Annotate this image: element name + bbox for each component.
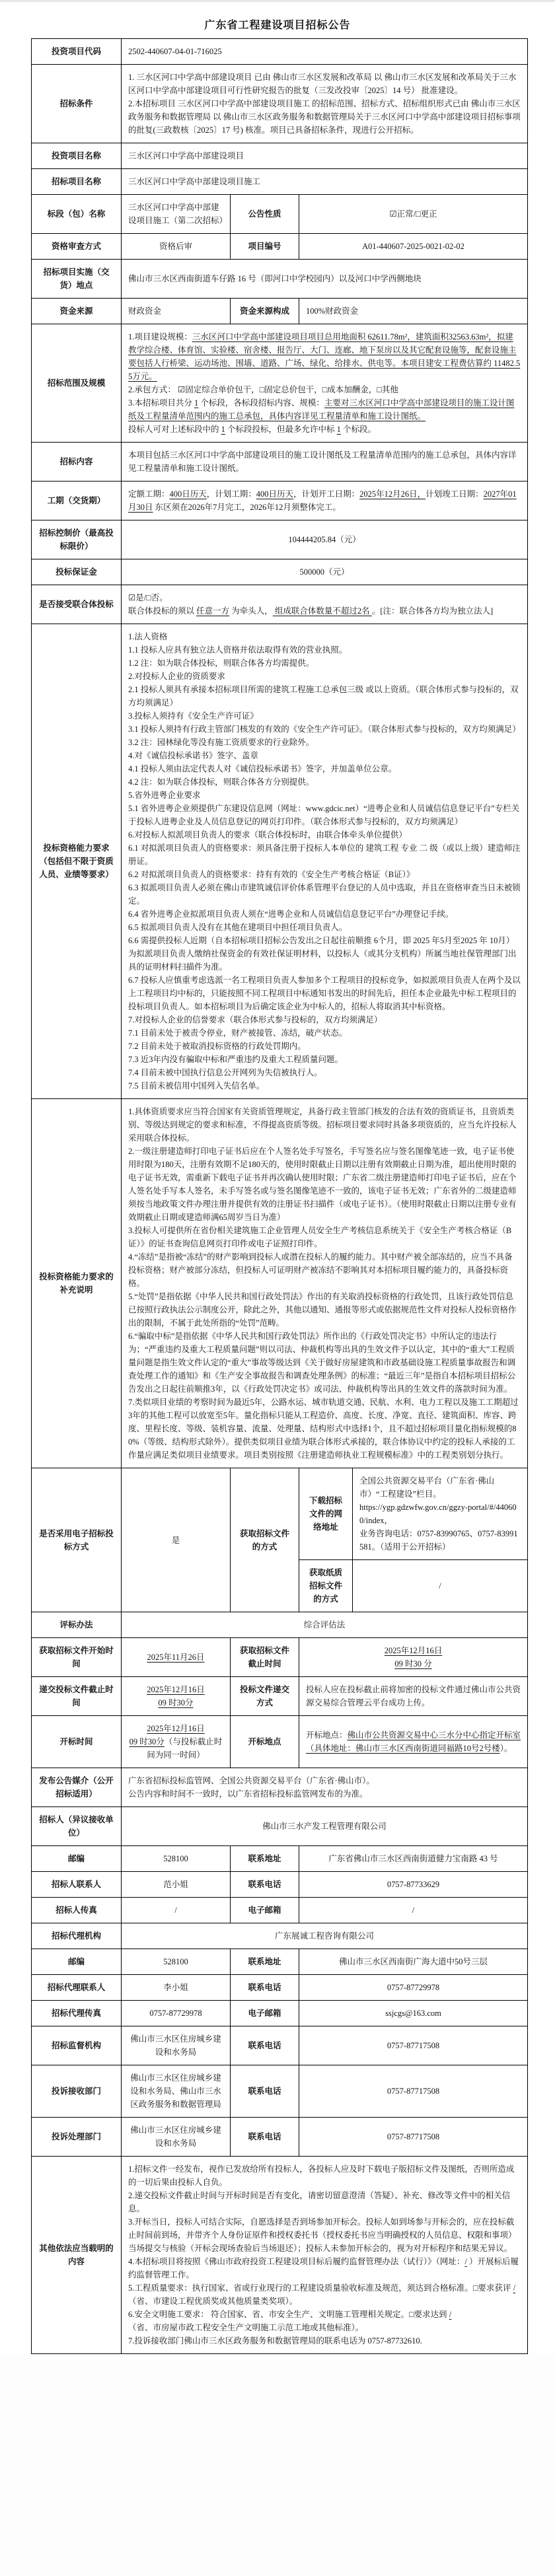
text-line: 投标保证金 (38, 565, 114, 579)
text-run: 定额工期： (128, 489, 170, 499)
text-line: 7.2 目前未处于被取消投标资格的行政处罚期内。 (128, 1040, 521, 1053)
row-construction-period: 工期（交货期）定额工期：400日历天，计划工期：400日历天，计划开工日期：20… (32, 482, 528, 520)
text-run: 招标人传真 (55, 1906, 97, 1915)
text-run: 广东展诚工程咨询有限公司 (275, 1931, 374, 1941)
text-run: 6.对投标人拟派项目负责人的要求（联合体投标时，由联合体牵头单位提供） (128, 830, 407, 840)
value-supervision-phone: 0757-87717508 (299, 2026, 528, 2065)
text-run: 下载招标文件的网络地址 (309, 1496, 342, 1532)
text-run: 邮编 (68, 1854, 85, 1863)
text-line: 7.3 近3年内没有骗取中标和严重违约及重大工程质量问题。 (128, 1053, 521, 1066)
text-line: 投资项目名称 (38, 149, 114, 162)
text-line: 是否采用电子招标投标方式 (38, 1527, 114, 1554)
text-line: ☑正常/□更正 (306, 207, 521, 221)
text-line: / (128, 1904, 223, 1917)
value-bid-bond: 500000（元） (122, 559, 528, 585)
text-line: ☑是/□否。 (128, 591, 521, 604)
value-complaint-receiving: 佛山市三水区住房城乡建设和水务局、佛山市三水区政务服务和数据管理局 (122, 2065, 231, 2118)
text-line: 三水区河口中学高中部建设项目施工 (128, 175, 521, 188)
label-tender-conditions: 招标条件 (32, 65, 122, 143)
text-line: 招标范围及规模 (38, 376, 114, 390)
label-investment-project-name: 投资项目名称 (32, 143, 122, 169)
text-run: 1.招标文件一经发布，视作已发放给所有投标人，各投标人应及时下载电子版招标文件及… (128, 2165, 514, 2187)
text-line: 6.3 拟派项目负责人必须在佛山市建筑诚信评价体系管理平台登记的人员中选取，并且… (128, 881, 521, 908)
text-line: 三水区河口中学高中部建设项目 (128, 149, 521, 162)
label-bidder-qualification-requirements: 投标资格能力要求（包括但不限于资质人员、业绩等要求） (32, 624, 122, 1099)
text-line: 广东省招标投标监管网、全国公共资源交易平台（广东省·佛山市）。 (128, 1774, 521, 1787)
text-run: 投标人可对上述标段中的 (128, 425, 221, 434)
text-run: / (174, 1906, 176, 1915)
text-line: 7.对投标人企业的信誉要求（联合体形式参与投标的，双方均须满足） (128, 1013, 521, 1026)
text-line: 3.投标人可提供所在省份相关建筑施工企业管理人员安全生产考核信息系统关于《安全生… (128, 1224, 521, 1250)
text-line: 5.省外进粤企业要求 (128, 789, 521, 802)
text-run: 0757-87717508 (387, 2132, 439, 2141)
text-run: 个标段。 (341, 425, 376, 434)
text-run: 6.3 拟派项目负责人必须在佛山市建筑诚信评价体系管理平台登记的人员中选取，并且… (128, 883, 521, 906)
value-announcement-media: 广东省招标投标监管网、全国公共资源交易平台（广东省·佛山市）。公告内容和时间不一… (122, 1768, 528, 1807)
row-tender-scope: 招标范围及规模1.项目建设规模：三水区河口中学高中部建设项目项目总用地面积 62… (32, 324, 528, 443)
label-download-url: 下载招标文件的网络地址 (299, 1468, 353, 1560)
text-line: 2.1 投标人须具有承接本招标项目所需的建筑工程施工总承包三级 或以上资质。（联… (128, 683, 521, 709)
text-run: 4.对《诚信投标承诺书》签字、盖章 (128, 751, 258, 760)
text-run: 计划竣工日期： (425, 489, 484, 499)
row-agency-fax: 招标代理传真0757-87729978电子邮箱ssjcgs@163.com (32, 2001, 528, 2026)
text-run: 2.一级注册建造师打印电子证书后应在个人签名处手写签名，手写签名应与签名图像笔迹… (128, 1147, 517, 1222)
text-line: 联系电话 (237, 1878, 292, 1891)
label-other-required-content: 其他依法应当载明的内容 (32, 2157, 122, 2354)
text-line: 7.1 目前未处于被责令停业，财产被接管、冻结，破产状态。 (128, 1026, 521, 1040)
row-qualification-review: 资格审查方式资格后审项目编号A01-440607-2025-0021-02-02 (32, 234, 528, 260)
text-line: 联系电话 (237, 1981, 292, 1994)
text-run: 3.2 注：园林绿化等没有施工资质要求的行业除外。 (128, 738, 314, 747)
text-run: / (449, 2310, 451, 2319)
text-line: 2.对投标人企业的资质要求 (128, 670, 521, 683)
text-run: 个标段投标，但最多允许中标 (225, 425, 337, 434)
text-line: 4.2 注：如为联合体投标，则联合体各方分别提供。 (128, 775, 521, 789)
value-agency-address: 佛山市三水区西南街广海大道中50号三层 (299, 1949, 528, 1975)
text-line: 项目编号 (237, 240, 292, 253)
value-investment-project-name: 三水区河口中学高中部建设项目 (122, 143, 528, 169)
text-run: 获取招标文件开始时间 (39, 1646, 114, 1668)
text-run: 400日历天 (256, 489, 293, 499)
text-run: 是否采用电子招标投标方式 (39, 1529, 114, 1552)
text-run: 3.1 投标人须持有行政主管部门核发的有效的《安全生产许可证》。（联合体形式参与… (128, 725, 521, 734)
text-run: 联系地址 (248, 1957, 281, 1966)
text-line: 下载招标文件的网络地址 (306, 1494, 346, 1534)
value-control-price: 104444205.84（元） (122, 520, 528, 559)
text-run: 电子邮箱 (248, 2009, 281, 2018)
text-line: 佛山市三水区住房城乡建设和水务局、佛山市三水区政务服务和数据管理局 (128, 2071, 223, 2111)
text-run: 是 (172, 1536, 180, 1545)
text-run: 7.4 目前未被中国执行信息公开网列为失信被执行人。 (128, 1068, 322, 1077)
text-run: 工期（交货期） (48, 496, 106, 505)
text-run: 投诉处理部门 (52, 2132, 101, 2141)
text-line: 标段（包）名称 (38, 207, 114, 221)
text-run: 7.5 目前未被信用中国列入失信名单。 (128, 1081, 264, 1091)
text-run: 投标保证金 (55, 567, 97, 577)
text-line: 6.5 拟派项目负责人没有在其他在建项目中担任项目负责人。 (128, 921, 521, 934)
text-run: 6.“骗取中标”是指依据《中华人民共和国行政处罚法》所作出的《行政处罚决定书》中… (128, 1332, 515, 1394)
text-line: 招标控制价（最高投标限价） (38, 526, 114, 553)
value-qualification-supplementary-notes: 1.具体资质要求应当符合国家有关资质管理规定，具备行政主管部门核发的合法有效的资… (122, 1099, 528, 1468)
text-line: 联系电话 (237, 2085, 292, 2098)
text-line: 广东省佛山市三水区西南街道健力宝南路 43 号 (306, 1852, 521, 1865)
text-run: （省、市建设工程优质奖或其他质量类奖项）。 (128, 2297, 297, 2306)
label-complaint-receiving-phone: 联系电话 (231, 2065, 299, 2118)
text-line: 是 (128, 1534, 223, 1547)
text-run: 联系电话 (248, 1880, 281, 1889)
text-run: 招标项目名称 (52, 177, 101, 186)
row-agency-contact: 招标代理联系人李小姐联系电话0757-87729978 (32, 1975, 528, 2001)
text-line: 公告性质 (237, 207, 292, 221)
label-agency-address: 联系地址 (231, 1949, 299, 1975)
text-run: 0757-87717508 (387, 2041, 439, 2050)
text-run: / (513, 2283, 515, 2293)
text-run: 东区须在2026年7月完工，2026年12月须整体完工。 (153, 503, 341, 512)
text-line: 0757-87717508 (306, 2130, 521, 2143)
label-tenderer-postcode: 邮编 (32, 1846, 122, 1872)
text-run: 7.1 目前未处于被责令停业，财产被接管、冻结，破产状态。 (128, 1028, 347, 1038)
label-fund-source: 资金来源 (32, 299, 122, 324)
text-run: 广东省招标投标监管网、全国公共资源交易平台（广东省·佛山市）。 (128, 1776, 375, 1785)
label-agency: 招标代理机构 (32, 1923, 122, 1949)
text-run: 投标资格能力要求的补充说明 (39, 1272, 114, 1295)
text-line: 2.本招标项目 三水区河口中学高中部建设项目施工 的招标范围、招标方式、招标组织… (128, 97, 521, 137)
text-line: 09 时30分 (128, 1696, 223, 1709)
text-line: 7.5 目前未被信用中国列入失信名单。 (128, 1079, 521, 1092)
label-submission-method: 投标文件递交方式 (231, 1677, 299, 1716)
text-run: 09 时30分 (158, 1698, 193, 1707)
text-line: 2.承包方式： ☑固定综合单价包干，□固定总价包干，□成本加酬金，□其他 (128, 383, 521, 396)
value-project-number: A01-440607-2025-0021-02-02 (299, 234, 528, 260)
text-run: 1.具体资质要求应当符合国家有关资质管理规定，具备行政主管部门核发的合法有效的资… (128, 1107, 517, 1143)
text-line: 投标人应在投标截止前将加密的投标文件通过佛山市公共资源交易综合管理云平台成功上传… (306, 1683, 521, 1709)
text-line: 佛山市三水区住房城乡建设和水务局 (128, 2032, 223, 2059)
row-evaluation-method: 评标办法综合评估法 (32, 1612, 528, 1638)
label-consortium-bidding: 是否接受联合体投标 (32, 585, 122, 624)
text-run: 3.本招标项目共分 (128, 398, 194, 408)
text-run: 资金来源构成 (240, 306, 289, 316)
text-line: 招标项目名称 (38, 175, 114, 188)
text-line: 财政资金 (128, 304, 223, 318)
row-tenderer: 招标人（异议接收单位）佛山市三水产发工程管理有限公司 (32, 1807, 528, 1846)
text-line: 招标代理传真 (38, 2007, 114, 2020)
text-run: 7.对投标人企业的信誉要求（联合体形式参与投标的，双方均须满足） (128, 1015, 382, 1024)
text-line: 李小姐 (128, 1981, 223, 1994)
label-bid-opening-place: 开标地点 (231, 1716, 299, 1768)
text-run: （省、市房屋市政工程安全生产文明施工示范工地或其他标准）。 (128, 2323, 363, 2332)
text-line: 招标监督机构 (38, 2039, 114, 2052)
text-line: 09 时30 分 (306, 1657, 521, 1670)
label-investment-code: 投资项目代码 (32, 39, 122, 65)
text-run: 2.对投标人企业的资质要求 (128, 672, 225, 681)
label-tenderer-email: 电子邮箱 (231, 1898, 299, 1923)
text-run: 递交投标文件截止时间 (39, 1685, 114, 1707)
text-line: 获取招标文件开始时间 (38, 1644, 114, 1670)
text-run: 104444205.84（元） (288, 535, 360, 544)
text-line: 工期（交货期） (38, 494, 114, 507)
text-run: 财政资金 (128, 306, 161, 316)
text-run: 招标监督机构 (52, 2041, 101, 2050)
value-bid-opening-place: 开标地点：佛山市公共资源交易中心三水分中心指定开标室（具体地址：佛山市三水区西南… (299, 1716, 528, 1768)
value-submission-method: 投标人应在投标截止前将加密的投标文件通过佛山市公共资源交易综合管理云平台成功上传… (299, 1677, 528, 1716)
text-run: 获取招标文件截止时间 (240, 1646, 289, 1668)
text-run: 联系电话 (248, 2132, 281, 2141)
row-tenderer-postcode: 邮编528100联系地址广东省佛山市三水区西南街道健力宝南路 43 号 (32, 1846, 528, 1872)
label-obtain-deadline: 获取招标文件截止时间 (231, 1638, 299, 1677)
value-tender-content: 本项目包括三水区河口中学高中部建设项目的施工设计图纸及工程量清单范围内的施工总承… (122, 443, 528, 482)
text-line: 6.“骗取中标”是指依据《中华人民共和国行政处罚法》所作出的《行政处罚决定书》中… (128, 1330, 521, 1396)
text-line: 7.4 目前未被中国执行信息公开网列为失信被执行人。 (128, 1066, 521, 1079)
text-run: 6.7 投标人应慎重考虑选派一名工程项目负责人参加多个工程项目的投标竞争，如拟派… (128, 976, 521, 1011)
text-run: 09 时30分 (129, 1737, 165, 1746)
text-run: 佛山市三水区住房城乡建设和水务局 (130, 2126, 221, 2148)
label-tenderer-phone: 联系电话 (231, 1872, 299, 1898)
text-line: 09 时30分（与投标截止时间为同一时间） (128, 1735, 223, 1762)
text-run: 6.2 对拟派项目负责人的资格要求：持有有效的《安全生产考核合格证（B证）》 (128, 870, 414, 879)
value-construction-period: 定额工期：400日历天，计划工期：400日历天，计划开工日期：2025年12月2… (122, 482, 528, 520)
text-run: 4.本招标项目将按照《佛山市政府投资工程建设项目标后履约监督管理办法（试行）》（… (128, 2257, 464, 2266)
text-line: 投诉接收部门 (38, 2085, 114, 2098)
row-qualification-supplementary-notes: 投标资格能力要求的补充说明1.具体资质要求应当符合国家有关资质管理规定，具备行政… (32, 1099, 528, 1468)
text-line: 4.“冻结”是指被“冻结”的财产影响到投标人或潜在投标人的履约能力。其中财产被全… (128, 1250, 521, 1290)
text-line: 6.7 投标人应慎重考虑选派一名工程项目负责人参加多个工程项目的投标竞争，如拟派… (128, 974, 521, 1013)
text-run: 项目编号 (248, 242, 281, 251)
value-paper-documents: / (353, 1560, 528, 1612)
text-run: 三水区河口中学高中部建设项目施工 (128, 177, 260, 186)
value-complaint-receiving-phone: 0757-87717508 (299, 2065, 528, 2118)
row-complaint-receiving: 投诉接收部门佛山市三水区住房城乡建设和水务局、佛山市三水区政务服务和数据管理局联… (32, 2065, 528, 2118)
label-section-name: 标段（包）名称 (32, 195, 122, 234)
text-run: 综合评估法 (304, 1620, 346, 1629)
text-line: 联系地址 (237, 1955, 292, 1968)
value-fund-composition: 100%财政资金 (299, 299, 528, 324)
text-run: 6.4 省外进粤企业拟派项目负责人须在“进粤企业和人员诚信信息登记平台”办理登记… (128, 910, 453, 919)
text-line: 2025年12月16日 (306, 1644, 521, 1657)
text-line: 招标代理机构 (38, 1929, 114, 1943)
text-line: 电子邮箱 (237, 2007, 292, 2020)
text-run: 1.2 注：如为联合体投标，则联合体各方均需提供。 (128, 659, 314, 668)
text-run: 4.2 注：如为联合体投标，则联合体各方分别提供。 (128, 777, 314, 787)
text-run: 招标项目实施（交货）地点 (43, 268, 109, 290)
value-fund-source: 财政资金 (122, 299, 231, 324)
text-run: 招标条件 (59, 99, 92, 108)
text-line: 邮编 (38, 1955, 114, 1968)
value-tenderer-address: 广东省佛山市三水区西南街道健力宝南路 43 号 (299, 1846, 528, 1872)
text-run: 7.3 近3年内没有骗取中标和严重违约及重大工程质量问题。 (128, 1055, 343, 1064)
text-line: 1. 三水区河口中学高中部建设项目 已由 佛山市三水区发展和改革局 以 佛山市三… (128, 71, 521, 97)
text-line: 开标地点 (237, 1735, 292, 1748)
text-run: 0757-87733629 (387, 1880, 439, 1889)
text-run: 7.类似项目业绩的考察时间为最近5年，公路水运、城市轨道交通、民航、水利、电力工… (128, 1398, 519, 1460)
row-agency: 招标代理机构广东展诚工程咨询有限公司 (32, 1923, 528, 1949)
label-tender-project-name: 招标项目名称 (32, 169, 122, 195)
value-tender-project-name: 三水区河口中学高中部建设项目施工 (122, 169, 528, 195)
label-obtain-documents-method: 获取招标文件的方式 (231, 1468, 299, 1612)
value-agency: 广东展诚工程咨询有限公司 (122, 1923, 528, 1949)
top-divider (0, 0, 555, 2)
text-run: 招标代理机构 (52, 1931, 101, 1941)
text-run: 李小姐 (163, 1983, 188, 1992)
text-run: 招标范围及规模 (48, 378, 106, 388)
value-submission-deadline: 2025年12月16日09 时30分 (122, 1677, 231, 1716)
text-line: 2.递交投标文件截止时间与开标时间是否有变化，请密切留意澄清（答疑）、补充、修改… (128, 2189, 521, 2215)
text-run: 2.承包方式： ☑固定综合单价包干，□固定总价包干，□成本加酬金，□其他 (128, 385, 398, 394)
text-line: 3.开标当日，投标人可结合实际，自愿选择是否到场参加开标会。投标人如到场参与开标… (128, 2215, 521, 2255)
text-run: 个标段，各标段招标内容、规模： (198, 398, 324, 408)
text-line: 邮编 (38, 1852, 114, 1865)
text-line: 全国公共资源交易平台（广东省·佛山市）“工程建设”栏目。 (359, 1474, 521, 1501)
label-agency-email: 电子邮箱 (231, 2001, 299, 2026)
value-other-required-content: 1.招标文件一经发布，视作已发放给所有投标人，各投标人应及时下载电子版招标文件及… (122, 2157, 528, 2354)
text-run: 3.投标人须持有《安全生产许可证》 (128, 711, 258, 721)
text-line: 6.4 省外进粤企业拟派项目负责人须在“进粤企业和人员诚信信息登记平台”办理登记… (128, 908, 521, 921)
text-run: 6.5 拟派项目负责人没有在其他在建项目中担任项目负责人。 (128, 923, 347, 932)
value-tenderer-postcode: 528100 (122, 1846, 231, 1872)
text-run: 联系电话 (248, 2087, 281, 2096)
value-agency-postcode: 528100 (122, 1949, 231, 1975)
label-supervision-agency: 招标监督机构 (32, 2026, 122, 2065)
text-run: 获取纸质招标文件的方式 (309, 1568, 342, 1604)
text-run: / (412, 1906, 414, 1915)
text-line: 本项目包括三水区河口中学高中部建设项目的施工设计图纸及工程量清单范围内的施工总承… (128, 448, 521, 475)
text-run: 2025年12月26日， (359, 489, 425, 499)
text-line: 评标办法 (38, 1618, 114, 1631)
value-section-name: 三水区河口中学高中部建设项目施工（第二次招标） (122, 195, 231, 234)
text-line: 综合评估法 (128, 1618, 521, 1631)
text-line: 1.具体资质要求应当符合国家有关资质管理规定，具备行政主管部门核发的合法有效的资… (128, 1105, 521, 1145)
value-qualification-review: 资格后审 (122, 234, 231, 260)
row-tender-content: 招标内容本项目包括三水区河口中学高中部建设项目的施工设计图纸及工程量清单范围内的… (32, 443, 528, 482)
value-tenderer-fax: / (122, 1898, 231, 1923)
text-run: 资格审查方式 (52, 242, 101, 251)
text-line: 0757-87729978 (128, 2007, 223, 2020)
text-run: 公告性质 (248, 209, 281, 219)
row-other-required-content: 其他依法应当载明的内容1.招标文件一经发布，视作已发放给所有投标人，各投标人应及… (32, 2157, 528, 2354)
text-line: 7.类似项目业绩的考察时间为最近5年，公路水运、城市轨道交通、民航、水利、电力工… (128, 1396, 521, 1462)
value-obtain-start-time: 2025年11月26日 (122, 1638, 231, 1677)
label-electronic-bidding: 是否采用电子招标投标方式 (32, 1468, 122, 1612)
label-project-number: 项目编号 (231, 234, 299, 260)
text-line: （省、市房屋市政工程安全生产文明施工示范工地或其他标准）。 (128, 2321, 521, 2334)
label-tenderer-contact: 招标人联系人 (32, 1872, 122, 1898)
row-tender-conditions: 招标条件1. 三水区河口中学高中部建设项目 已由 佛山市三水区发展和改革局 以 … (32, 65, 528, 143)
text-run: 业务咨询电话：0757-83990765、0757-83991581。（适用于公… (359, 1529, 518, 1552)
text-run: 0757-87729978 (149, 2009, 202, 2018)
text-run: 0757-87729978 (387, 1983, 439, 1992)
text-run: 投标文件递交方式 (240, 1685, 289, 1707)
value-consortium-bidding: ☑是/□否。联合体投标的须以 任意一方 为牵头人， 组成联合体数量不超过2名 。… (122, 585, 528, 624)
text-line: 广东展诚工程咨询有限公司 (128, 1929, 521, 1943)
text-run: 佛山市三水区西南街道车仔路 16 号（即河口中学校园内）以及河口中学西侧地块 (128, 274, 422, 283)
text-run: 招标代理联系人 (48, 1983, 106, 1992)
text-line: 电子邮箱 (237, 1904, 292, 1917)
value-supervision-agency: 佛山市三水区住房城乡建设和水务局 (122, 2026, 231, 2065)
value-tender-scope: 1.项目建设规模：三水区河口中学高中部建设项目项目总用地面积 62611.78m… (122, 324, 528, 443)
text-line: 其他依法应当载明的内容 (38, 2242, 114, 2268)
text-run: 佛山市三水区住房城乡建设和水务局、佛山市三水区政务服务和数据管理局 (130, 2073, 221, 2109)
text-run: 2025年11月26日 (147, 1653, 204, 1662)
text-run: 招标内容 (59, 457, 92, 466)
text-run: 电子邮箱 (248, 1906, 281, 1915)
text-line: 定额工期：400日历天，计划工期：400日历天，计划开工日期：2025年12月2… (128, 487, 521, 514)
text-run: 投资项目名称 (52, 151, 101, 161)
text-line: 6.6 需提供投标人近期（自本招标项目招标公告发出之日起往前顺推 6个月，即 2… (128, 934, 521, 974)
text-line: 投资项目代码 (38, 45, 114, 58)
text-run: 联系电话 (248, 1983, 281, 1992)
text-run: / (439, 1581, 441, 1591)
text-line: 5.“处罚”是指依据《中华人民共和国行政处罚法》作出的有关取消投标资格的行政处罚… (128, 1290, 521, 1330)
text-run: 为牵头人， (229, 606, 273, 616)
value-electronic-bidding: 是 (122, 1468, 231, 1612)
text-line: 开标时间 (38, 1735, 114, 1748)
text-run: 招标代理传真 (52, 2009, 101, 2018)
row-fund-source: 资金来源财政资金资金来源构成100%财政资金 (32, 299, 528, 324)
text-line: 招标代理联系人 (38, 1981, 114, 1994)
text-run: 开标地点： (306, 1731, 348, 1740)
text-line: 投标资格能力要求的补充说明 (38, 1270, 114, 1297)
text-line: 资金来源 (38, 304, 114, 318)
label-paper-documents: 获取纸质招标文件的方式 (299, 1560, 353, 1612)
value-tender-conditions: 1. 三水区河口中学高中部建设项目 已由 佛山市三水区发展和改革局 以 佛山市三… (122, 65, 528, 143)
label-construction-period: 工期（交货期） (32, 482, 122, 520)
value-download-url: 全国公共资源交易平台（广东省·佛山市）“工程建设”栏目。https://ygp.… (353, 1468, 528, 1560)
row-consortium-bidding: 是否接受联合体投标☑是/□否。联合体投标的须以 任意一方 为牵头人， 组成联合体… (32, 585, 528, 624)
label-complaint-receiving: 投诉接收部门 (32, 2065, 122, 2118)
text-line: 4.本招标项目将按照《佛山市政府投资工程建设项目标后履约监督管理办法（试行）》（… (128, 2255, 521, 2281)
text-line: 528100 (128, 1852, 223, 1865)
text-run: 全国公共资源交易平台（广东省·佛山市）“工程建设”栏目。 (359, 1476, 494, 1499)
text-line: 2025年11月26日 (128, 1651, 223, 1664)
text-run: 任意一方 (196, 606, 229, 616)
text-run: 4.“冻结”是指被“冻结”的财产影响到投标人或潜在投标人的履约能力。其中财产被全… (128, 1252, 513, 1288)
value-agency-phone: 0757-87729978 (299, 1975, 528, 2001)
text-run: 5.“处罚”是指依据《中华人民共和国行政处罚法》作出的有关取消投标资格的行政处罚… (128, 1292, 517, 1328)
text-run: 联系电话 (248, 2041, 281, 2050)
row-control-price: 招标控制价（最高投标限价）104444205.84（元） (32, 520, 528, 559)
text-run: 三水区河口中学高中部建设项目施工（第二次招标） (128, 203, 227, 225)
text-line: 投诉处理部门 (38, 2130, 114, 2143)
text-run: 资格后审 (159, 242, 192, 251)
text-line: A01-440607-2025-0021-02-02 (306, 240, 521, 253)
value-agency-contact: 李小姐 (122, 1975, 231, 2001)
label-control-price: 招标控制价（最高投标限价） (32, 520, 122, 559)
row-tender-project-name: 招标项目名称三水区河口中学高中部建设项目施工 (32, 169, 528, 195)
text-line: 500000（元） (128, 565, 521, 579)
text-run: 5.1 省外进粤企业须提供广东建设信息网（网址：www.gdcic.net）“进… (128, 804, 519, 826)
text-run: 528100 (163, 1854, 188, 1863)
page-title: 广东省工程建设项目招标公告 (0, 17, 555, 32)
text-run: https://ygp.gdzwfw.gov.cn/ggzy-portal/#/… (359, 1503, 517, 1525)
label-tenderer: 招标人（异议接收单位） (32, 1807, 122, 1846)
row-section-name: 标段（包）名称三水区河口中学高中部建设项目施工（第二次招标）公告性质☑正常/□更… (32, 195, 528, 234)
text-line: 1.法人资格 (128, 630, 521, 643)
text-line: 获取招标文件截止时间 (237, 1644, 292, 1670)
text-line: 招标条件 (38, 97, 114, 110)
value-bidder-qualification-requirements: 1.法人资格1.1 投标人应具有独立法人资格并依法取得有效的营业执照。1.2 注… (122, 624, 528, 1099)
label-tender-content: 招标内容 (32, 443, 122, 482)
text-run: 2502-440607-04-01-716025 (128, 47, 222, 56)
text-line: 投标文件递交方式 (237, 1683, 292, 1709)
text-line: 3.投标人须持有《安全生产许可证》 (128, 709, 521, 723)
text-run: 开标时间 (59, 1737, 92, 1746)
label-agency-phone: 联系电话 (231, 1975, 299, 2001)
label-notice-nature: 公告性质 (231, 195, 299, 234)
text-line: 2025年12月16日 (128, 1683, 223, 1696)
text-line: 招标内容 (38, 455, 114, 468)
value-tenderer: 佛山市三水产发工程管理有限公司 (122, 1807, 528, 1846)
text-run: 范小姐 (163, 1880, 188, 1889)
text-line: 招标项目实施（交货）地点 (38, 266, 114, 292)
